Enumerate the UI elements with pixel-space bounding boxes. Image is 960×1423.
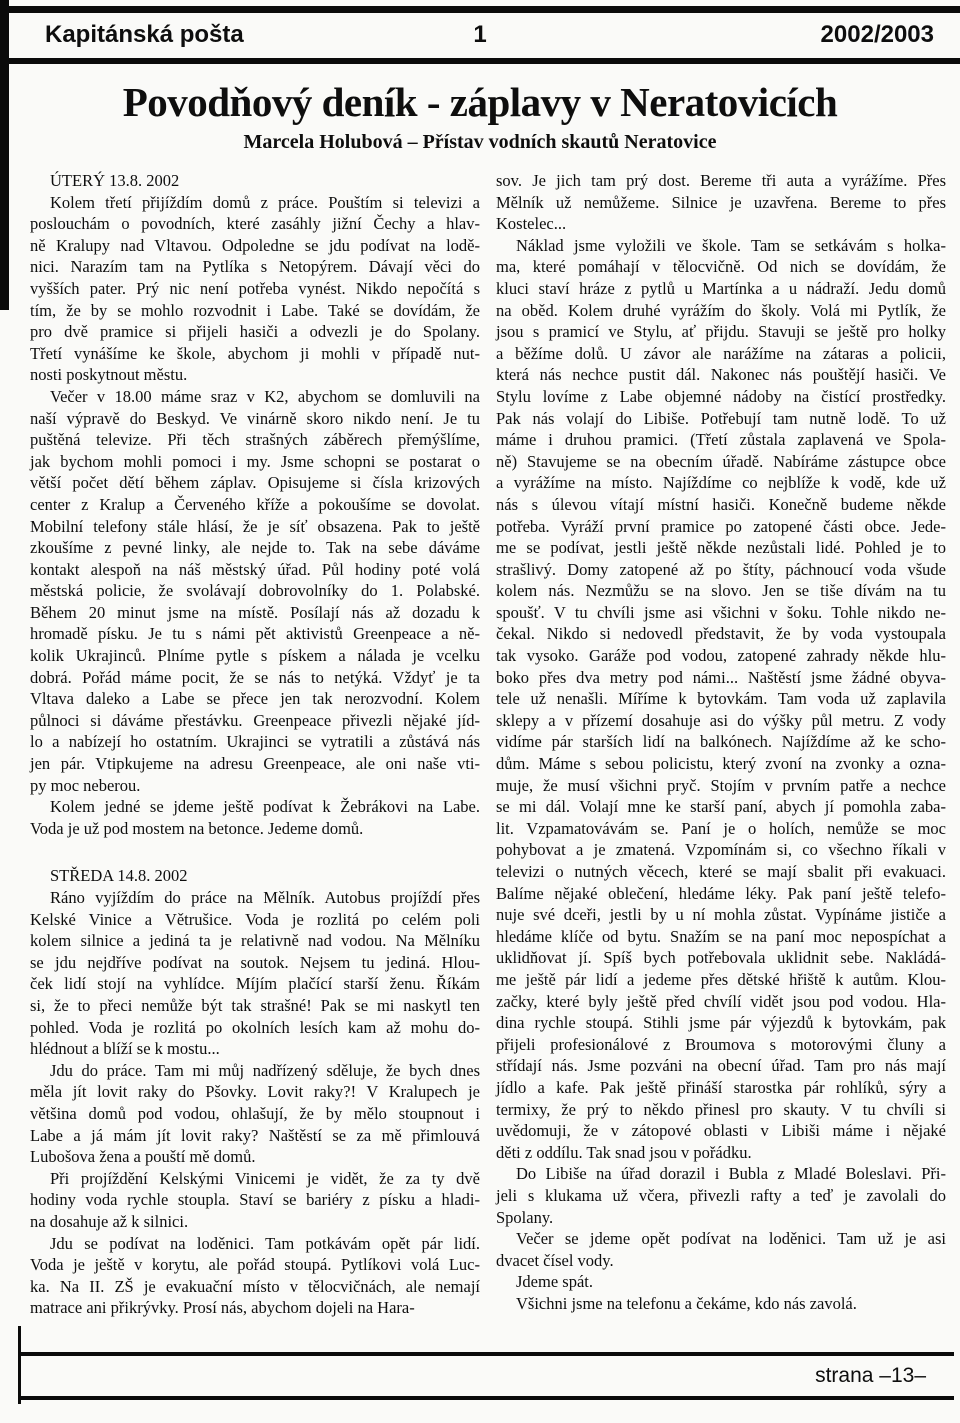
text-column-left: ÚTERÝ 13.8. 2002Kolem třetí přijíždím do… [30, 170, 480, 1319]
text-line: Pak nás volají do Libiše. Potřebují tam … [496, 408, 946, 430]
page-header: Kapitánská pošta 1 2002/2003 [0, 15, 960, 57]
text-line: ma, které pomáhají v tělocvičně. Od nich… [496, 256, 946, 278]
issue-number: 1 [0, 21, 960, 49]
text-line: Náklad jsme vyložili ve škole. Tam se se… [496, 235, 946, 257]
text-line: půlnoci si dáváme přestávku. Greenpeace … [30, 710, 480, 732]
text-line: Mělník už nemůžeme. Silnice je uzavřena.… [496, 192, 946, 214]
paragraph: sov. Je jich tam prý dost. Bereme tři au… [496, 170, 946, 235]
text-column-right: sov. Je jich tam prý dost. Bereme tři au… [496, 170, 946, 1319]
text-line: jak bychom mohli pomoci i my. Jsme schop… [30, 451, 480, 473]
paragraph: Ráno vyjíždím do práce na Mělník. Autobu… [30, 887, 480, 1060]
text-line: nás s úlevou vítají místní hasiči. Koneč… [496, 494, 946, 516]
article-byline: Marcela Holubová – Přístav vodních skaut… [0, 131, 960, 154]
text-line: přijeli profesionálové z Broumova s moto… [496, 1034, 946, 1056]
text-line: ně Kralupy nad Vltavou. Odpoledne se jdu… [30, 235, 480, 257]
text-line: která nás nechce pustit dál. Nakonec nás… [496, 364, 946, 386]
text-line: Během 20 minut jsme na místě. Posílají n… [30, 602, 480, 624]
text-line: Vltava daleko a Labe se přece jen tak ne… [30, 688, 480, 710]
text-line: termixy, že prý to někdo přinesl pro ska… [496, 1099, 946, 1121]
text-line: Do Libiše na úřad dorazil i Bubla z Mlad… [496, 1163, 946, 1185]
text-line: boko přes dva metry pod námi... Naštěstí… [496, 667, 946, 689]
paragraph: Večer se jdeme opět podívat na loděnici.… [496, 1228, 946, 1271]
header-top-rule [0, 6, 960, 13]
text-line: hlédnout a blíží se k mostu... [30, 1038, 480, 1060]
text-line: kluci staví hráze z pytlů u Martínka a u… [496, 278, 946, 300]
day-heading: STŘEDA 14.8. 2002 [30, 865, 480, 887]
text-line: dina rychle stoupá. Stihli jsme pár výje… [496, 1012, 946, 1034]
paragraph: Večer v 18.00 máme sraz v K2, abychom se… [30, 386, 480, 796]
article-title: Povodňový deník - záplavy v Neratovicích [0, 78, 960, 126]
text-line: kolem nás. Nezmůžu se na slovo. Jen se t… [496, 580, 946, 602]
text-line: tele už nenašli. Míříme k bytovkám. Tam … [496, 688, 946, 710]
text-line: sov. Je jich tam prý dost. Bereme tři au… [496, 170, 946, 192]
text-line: si, že to přeci nemůže být tak strašné! … [30, 995, 480, 1017]
text-line: hromadě písku. Je tu s námi pět aktivist… [30, 623, 480, 645]
text-line: Voda je ještě v korytu, ale pořád stoupá… [30, 1254, 480, 1276]
text-line: Jdeme spát. [496, 1271, 946, 1293]
text-line: máme i druhou pramici. (Třetí zůstala za… [496, 429, 946, 451]
text-line: center z Kralup a Červeného kříže a poko… [30, 494, 480, 516]
text-line: Lubošova žena a pouští mě domů. [30, 1146, 480, 1168]
text-line: Jdu se podívat na loděnici. Tam potkávám… [30, 1233, 480, 1255]
text-line: většina domů pod vodou, ohlašují, že by … [30, 1103, 480, 1125]
text-line: zkoušíme z pevné linky, ale nejde to. Ta… [30, 537, 480, 559]
text-line: jen pár. Vtipkujeme na adresu Greenpeace… [30, 753, 480, 775]
paragraph: Do Libiše na úřad dorazil i Bubla z Mlad… [496, 1163, 946, 1228]
header-year: 2002/2003 [821, 21, 934, 49]
text-line: nici. Narazím tam na Pytlíka s Netopýrem… [30, 256, 480, 278]
text-line: me se podívat, jestli ještě někde nezůst… [496, 537, 946, 559]
text-line: děti z oddílu. Tak snad jsou v pořádku. [496, 1142, 946, 1164]
text-line: Spolany. [496, 1207, 946, 1229]
text-line: dům. Máme s sebou policistu, který zvoní… [496, 753, 946, 775]
text-line: pro dvě pramice si přijeli hasiči a odve… [30, 321, 480, 343]
text-line: čekal. Nikdo si nedovedl představit, že … [496, 623, 946, 645]
text-line: nosti poskytnout městu. [30, 364, 480, 386]
paragraph: Při projíždění Kelskými Vinicemi je vidě… [30, 1168, 480, 1233]
text-line: tím, že by se mohlo rozvodnit i Labe. Ta… [30, 300, 480, 322]
paragraph: Všichni jsme na telefonu a čekáme, kdo n… [496, 1293, 946, 1315]
text-line: střídají nás. Jsme pozváni na obecní úřa… [496, 1055, 946, 1077]
text-line: lo a nabízejí ho ostatním. Ukrajinci se … [30, 731, 480, 753]
text-line: sklepy a v přízemí dosahuje asi do výšky… [496, 710, 946, 732]
text-line: jsou s pramicí ve Stylu, ať přijdu. Stav… [496, 321, 946, 343]
text-line: Balíme nějaké oblečení, hledáme léky. Pa… [496, 883, 946, 905]
text-line: py moc neberou. [30, 775, 480, 797]
text-line: naší výpravě do Beskyd. Ve vinárně skoro… [30, 408, 480, 430]
text-line: městská policie, že svolávají dobrovolní… [30, 580, 480, 602]
text-line: ček lidí stojí na vyhlídce. Míjím plačíc… [30, 973, 480, 995]
text-line: Mobilní telefony stále hlásí, že je síť … [30, 516, 480, 538]
text-line: potřeba. Vyráží první pramice po zatopen… [496, 516, 946, 538]
text-line: televizi o nutných věcech, které se mají… [496, 861, 946, 883]
text-line: poslouchám o povodních, které zasáhly ji… [30, 213, 480, 235]
text-line: se mi dál. Volají mne ke starší paní, ab… [496, 796, 946, 818]
text-line: uvědomuji, že v zátopové oblasti v Libiš… [496, 1120, 946, 1142]
text-line: me ještě pár lidí a jedeme přes dětské h… [496, 969, 946, 991]
text-line: na oběd. Kolem druhé vyrážím do školy. V… [496, 300, 946, 322]
text-line: matrace ani přikrývky. Prosí nás, abycho… [30, 1297, 480, 1319]
text-line: muje, že musí všichni pryč. Stojím v prv… [496, 775, 946, 797]
scan-artifact-bar [0, 0, 9, 310]
text-line: se jdu nejdříve podívat na soutok. Nejse… [30, 952, 480, 974]
paragraph: Kolem jedné se jdeme ještě podívat k Žeb… [30, 796, 480, 839]
text-line: kontakt alespoň na náš městský úřad. Půl… [30, 559, 480, 581]
text-line: pohled. Voda je rozlitá po okolních lesí… [30, 1017, 480, 1039]
text-line: nuje své dceři, jestli by u ní mohla zůs… [496, 904, 946, 926]
day-heading: ÚTERÝ 13.8. 2002 [30, 170, 480, 192]
header-bottom-rule [0, 58, 960, 64]
footer-page-label: strana –13– [815, 1364, 926, 1388]
paragraph: Jdu se podívat na loděnici. Tam potkávám… [30, 1233, 480, 1319]
text-line: a vyrážíme na místo. Najíždíme co nejblí… [496, 472, 946, 494]
text-line: Stylu lovíme z Labe objemné nádoby na či… [496, 386, 946, 408]
text-line: jídlo a kafe. Pak ještě přináší starostk… [496, 1077, 946, 1099]
page-footer: strana –13– [18, 1352, 954, 1400]
text-line: Kostelec... [496, 213, 946, 235]
text-line: Jdu do práce. Tam mi můj nadřízený sdělu… [30, 1060, 480, 1082]
text-line: Labe a já mám jít lovit raky? Naštěstí s… [30, 1125, 480, 1147]
text-line: ka. Na II. ZŠ je evakuační místo v těloc… [30, 1276, 480, 1298]
text-line: a běžíme dolů. U závor ale narážíme na z… [496, 343, 946, 365]
paragraph: Jdeme spát. [496, 1271, 946, 1293]
text-line: Ráno vyjíždím do práce na Mělník. Autobu… [30, 887, 480, 909]
text-line: Kolem třetí přijíždím domů z práce. Pouš… [30, 192, 480, 214]
text-line: vyšších pater. Prý nic není potřeba vyné… [30, 278, 480, 300]
text-line: jeli s klukama už včera, přivezli rafty … [496, 1185, 946, 1207]
text-line: na dosahuje až k silnici. [30, 1211, 480, 1233]
text-line: začky, které byly ještě před chvílí vidě… [496, 991, 946, 1013]
paragraph: Kolem třetí přijíždím domů z práce. Pouš… [30, 192, 480, 386]
paragraph: Náklad jsme vyložili ve škole. Tam se se… [496, 235, 946, 1164]
text-line: Všichni jsme na telefonu a čekáme, kdo n… [496, 1293, 946, 1315]
paragraph: Jdu do práce. Tam mi můj nadřízený sdělu… [30, 1060, 480, 1168]
text-line: pohybovat a je zmatená. Vzpomínám si, co… [496, 839, 946, 861]
article-body: ÚTERÝ 13.8. 2002Kolem třetí přijíždím do… [30, 170, 946, 1319]
text-line: Kolem jedné se jdeme ještě podívat k Žeb… [30, 796, 480, 818]
text-line: ně) Stavujeme se na obecním úřadě. Nabír… [496, 451, 946, 473]
text-line: strašlivý. Domy zatopené až po štíty, pá… [496, 559, 946, 581]
text-line: Kelské Vinice a Větrušice. Voda je rozli… [30, 909, 480, 931]
text-line: lit. Vzpamatovávám se. Paní je o holích,… [496, 818, 946, 840]
text-line: puštěná televize. Při těch strašných záb… [30, 429, 480, 451]
text-line: Při projíždění Kelskými Vinicemi je vidě… [30, 1168, 480, 1190]
text-line: kolik Ukrajinců. Plníme pytle s pískem a… [30, 645, 480, 667]
text-line: hledáme klíče od bytu. Snažím se na paní… [496, 926, 946, 948]
text-line: Třetí vynášíme ke škole, abychom ji mohl… [30, 343, 480, 365]
text-line: Večer se jdeme opět podívat na loděnici.… [496, 1228, 946, 1250]
text-line: vidíme pár starších lidí na balkónech. N… [496, 731, 946, 753]
text-line: kolem silnice a jediná ta je relativně n… [30, 930, 480, 952]
text-line: Voda je už pod mostem na betonce. Jedeme… [30, 818, 480, 840]
text-line: hodiny voda rychle stoupla. Staví se bar… [30, 1189, 480, 1211]
text-line: Večer v 18.00 máme sraz v K2, abychom se… [30, 386, 480, 408]
text-line: dobrá. Pořád máme pocit, že se nás to ne… [30, 667, 480, 689]
text-line: spoušť. V tu chvíli jsme asi všichni v š… [496, 602, 946, 624]
text-line: tak vysoko. Garáže pod vodou, zatopené z… [496, 645, 946, 667]
scanned-page: Kapitánská pošta 1 2002/2003 Povodňový d… [0, 0, 960, 1423]
text-line: uklidňovat jí. Spíš bych potřebovala ukl… [496, 947, 946, 969]
text-line: větší počet dětí během záplav. Opisujeme… [30, 472, 480, 494]
text-line: měla jít lovit raky do Pšovky. Lovit rak… [30, 1081, 480, 1103]
text-line: dvacet čísel vody. [496, 1250, 946, 1272]
